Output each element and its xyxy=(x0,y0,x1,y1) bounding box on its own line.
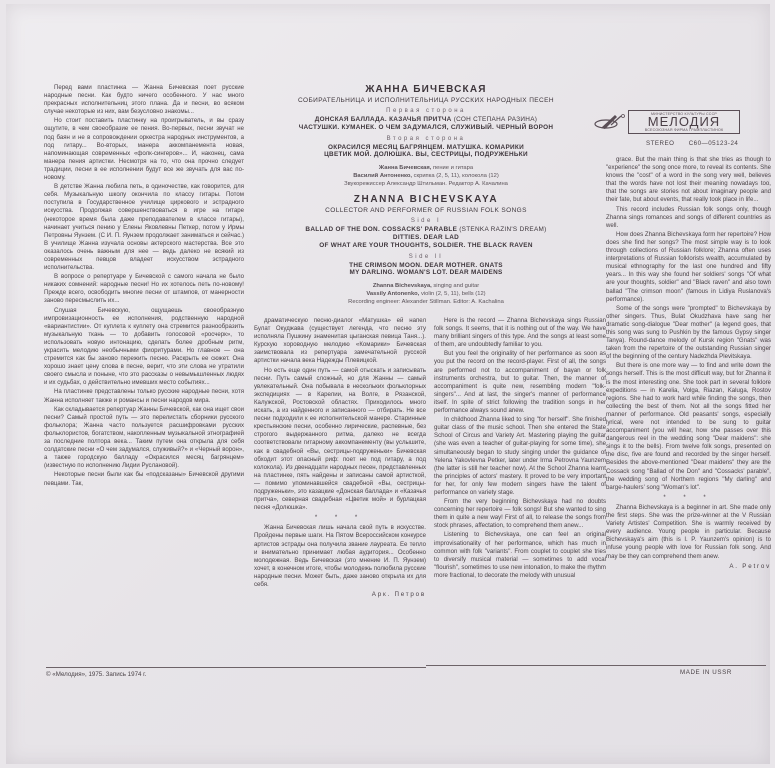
performer-role: violin (2, 5, 11), bells (12) xyxy=(421,291,486,297)
melodiya-logo: МИНИСТЕРСТВО КУЛЬТУРЫ СССР МЕЛОДИЯ ВСЕСО… xyxy=(592,110,740,134)
paragraph: But you feel the originality of her perf… xyxy=(434,350,606,415)
liner-notes-ru-col1: Перед вами пластинка — Жанна Бичевская п… xyxy=(44,84,244,488)
performer-name: Zhanna Bichevskaya, xyxy=(373,283,432,289)
paragraph: В детстве Жанна любила петь, в одиночест… xyxy=(44,183,244,272)
paragraph: Но есть еще один путь — самой отыскать и… xyxy=(254,367,426,513)
format-label: STEREO xyxy=(646,140,674,147)
paragraph: grace. But the main thing is that she tr… xyxy=(606,156,771,205)
performer-name: Vassily Antonenko, xyxy=(366,291,419,297)
paragraph: But there is one more way — to find and … xyxy=(606,362,771,492)
paragraph: Но стоит поставить пластинку на проигрыв… xyxy=(44,117,244,182)
track-line: OF WHAT ARE YOUR THOUGHTS, SOLDIER. THE … xyxy=(319,242,533,249)
side2-label-en: Side II xyxy=(246,254,606,260)
paragraph: Some of the songs were "prompted" to Bic… xyxy=(606,305,771,362)
track-line: ЦВЕТИК МОЙ. ДОЛЮШКА. ВЫ, СЕСТРИЦЫ, ПОДРУ… xyxy=(324,151,528,158)
paragraph: Listening to Bichevskaya, one can feel a… xyxy=(434,531,606,580)
footer-divider xyxy=(46,667,426,668)
author-signature: A. Petrov xyxy=(606,563,771,571)
paragraph: From the very beginning Bichevskaya had … xyxy=(434,498,606,530)
record-sleeve-back: МИНИСТЕРСТВО КУЛЬТУРЫ СССР МЕЛОДИЯ ВСЕСО… xyxy=(6,4,770,764)
tracklist-header: ЖАННА БИЧЕВСКАЯ СОБИРАТЕЛЬНИЦА И ИСПОЛНИ… xyxy=(246,84,606,306)
made-in-label: MADE IN USSR xyxy=(680,669,732,676)
artist-name-ru: ЖАННА БИЧЕВСКАЯ xyxy=(246,84,606,95)
credits-en: Zhanna Bichevskaya, singing and guitar V… xyxy=(246,282,606,306)
side1-tracks-en: BALLAD OF THE DON. COSSACKS' PARABLE (ST… xyxy=(246,226,606,249)
track-line-note: (СОН СТЕПАНА РАЗИНА) xyxy=(454,116,538,123)
closing-paragraph: Жанна Бичевская лишь начала свой путь в … xyxy=(254,524,426,589)
paragraph: In childhood Zhanna liked to sing "for h… xyxy=(434,416,606,497)
closing-paragraph: Zhanna Bichevskaya is a beginner in art.… xyxy=(606,504,771,561)
performer-name: Жанна Бичевская, xyxy=(379,165,431,171)
paragraph: На пластинке представлены только русские… xyxy=(44,388,244,404)
track-line: ДОНСКАЯ БАЛЛАДА. КАЗАЧЬЯ ПРИТЧА xyxy=(315,116,452,123)
track-line: ЧАСТУШКИ. КУМАНЕК. О ЧЕМ ЗАДУМАЛСЯ, СЛУЖ… xyxy=(299,124,554,131)
side2-label-ru: Вторая сторона xyxy=(246,136,606,142)
footer-divider xyxy=(426,665,766,666)
production-credits: Звукорежиссер Александр Штильман. Редакт… xyxy=(344,181,508,187)
side2-tracks-ru: ОКРАСИЛСЯ МЕСЯЦ БАГРЯНЦЕМ. МАТУШКА. КОМА… xyxy=(246,144,606,160)
track-line: THE CRIMSON MOON. DEAR MOTHER. GNATS xyxy=(349,262,503,269)
catalog-number: C60—05123-24 xyxy=(689,140,739,147)
paragraph: This record includes Russian folk songs … xyxy=(606,206,771,230)
paragraph: Here is the record — Zhanna Bichevskaya … xyxy=(434,317,606,349)
credits-ru: Жанна Бичевская, пение и гитара Василий … xyxy=(246,164,606,188)
performer-role: скрипка (2, 5, 11), колокола (12) xyxy=(414,173,499,179)
paragraph: Слушая Бичевскую, ощущаешь своеобразную … xyxy=(44,307,244,388)
performer-role: singing and guitar xyxy=(433,283,479,289)
label-brand: МЕЛОДИЯ xyxy=(648,116,720,128)
track-line-note: (STENKA RAZIN'S DREAM) xyxy=(459,226,546,233)
copyright-notice: © «Мелодия», 1975. Запись 1974 г. xyxy=(46,671,146,678)
subtitle-ru: СОБИРАТЕЛЬНИЦА И ИСПОЛНИТЕЛЬНИЦА РУССКИХ… xyxy=(246,97,606,104)
track-line: MY DARLING. WOMAN'S LOT. DEAR MAIDENS xyxy=(349,269,502,276)
company-text: ВСЕСОЮЗНАЯ ФИРМА ГРАМПЛАСТИНОК xyxy=(645,128,724,132)
paragraph: драматическую песню-диалог «Матушка» ей … xyxy=(254,317,426,366)
paragraph: Перед вами пластинка — Жанна Бичевская п… xyxy=(44,84,244,116)
paragraph: В вопросе о репертуаре у Бичевской с сам… xyxy=(44,273,244,305)
liner-notes-en-col2: grace. But the main thing is that she tr… xyxy=(606,156,771,571)
track-line: BALLAD OF THE DON. COSSACKS' PARABLE xyxy=(305,226,457,233)
liner-notes-ru-col2: драматическую песню-диалог «Матушка» ей … xyxy=(254,317,426,599)
artist-name-en: ZHANNA BICHEVSKAYA xyxy=(246,194,606,205)
paragraph: Как складывается репертуар Жанны Бичевск… xyxy=(44,406,244,471)
production-credits: Recording engineer: Alexander Stillman. … xyxy=(348,299,504,305)
performer-role: пение и гитара xyxy=(433,165,473,171)
section-divider: * * * xyxy=(254,514,426,522)
label-name-frame: МИНИСТЕРСТВО КУЛЬТУРЫ СССР МЕЛОДИЯ ВСЕСО… xyxy=(628,110,740,134)
catalog-info: STEREO C60—05123-24 xyxy=(646,140,738,147)
side1-label-en: Side I xyxy=(246,218,606,224)
track-line: ОКРАСИЛСЯ МЕСЯЦ БАГРЯНЦЕМ. МАТУШКА. КОМА… xyxy=(328,144,524,151)
liner-notes-en-col1: Here is the record — Zhanna Bichevskaya … xyxy=(434,317,606,580)
section-divider: * * * xyxy=(606,494,771,502)
paragraph: How does Zhanna Bichevskaya form her rep… xyxy=(606,231,771,304)
side2-tracks-en: THE CRIMSON MOON. DEAR MOTHER. GNATS MY … xyxy=(246,262,606,278)
side1-tracks-ru: ДОНСКАЯ БАЛЛАДА. КАЗАЧЬЯ ПРИТЧА (СОН СТЕ… xyxy=(246,116,606,132)
subtitle-en: COLLECTOR AND PERFORMER OF RUSSIAN FOLK … xyxy=(246,207,606,214)
paragraph: Некоторые песни были как бы «подсказаны»… xyxy=(44,471,244,487)
track-line: DITTIES. DEAR LAD xyxy=(393,234,459,241)
performer-name: Василий Антоненко, xyxy=(353,173,412,179)
side1-label-ru: Первая сторона xyxy=(246,108,606,114)
author-signature: Арк. Петров xyxy=(254,591,426,599)
